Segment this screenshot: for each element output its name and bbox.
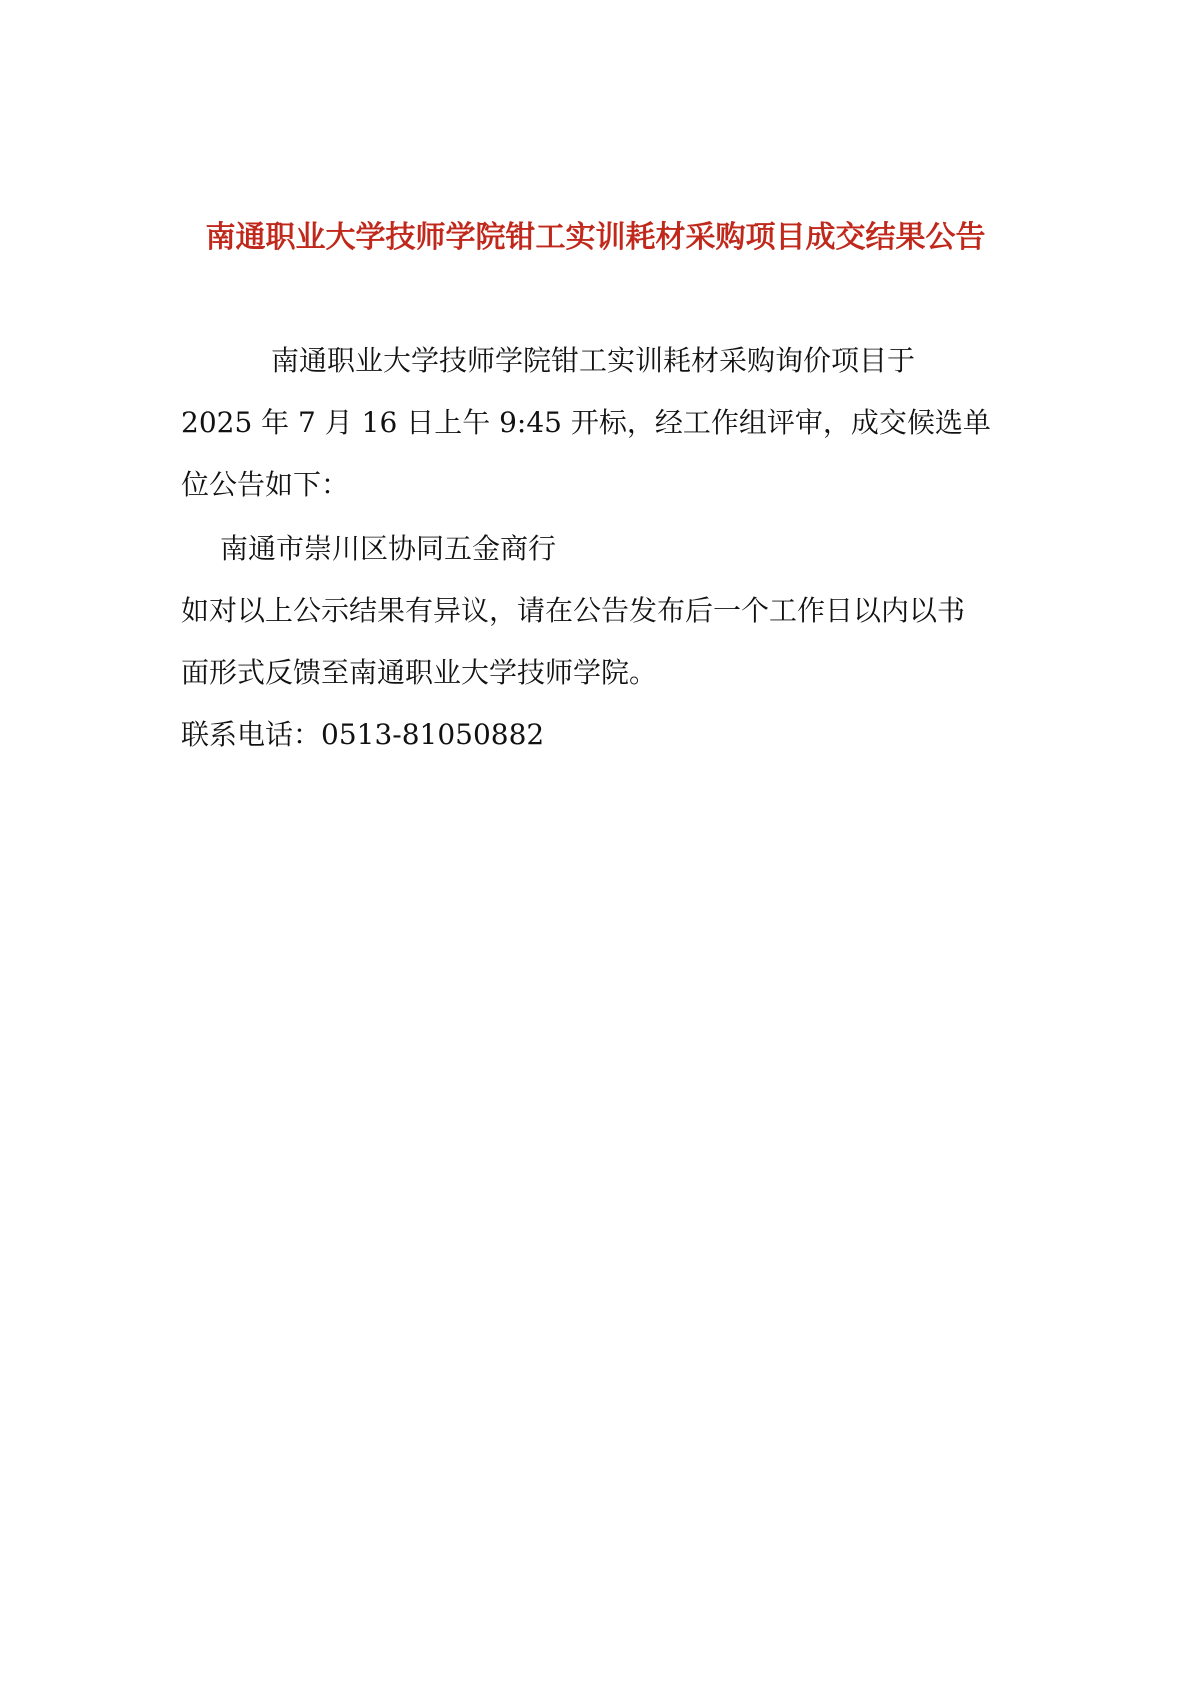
paragraph-line-1: 南通职业大学技师学院钳工实训耗材采购询价项目于: [271, 341, 915, 381]
paragraph-line-2: 2025 年 7 月 16 日上午 9:45 开标，经工作组评审，成交候选单: [181, 403, 991, 443]
contact-phone: 联系电话：0513-81050882: [181, 715, 544, 755]
objection-line-2: 面形式反馈至南通职业大学技师学院。: [181, 653, 657, 693]
winning-bidder: 南通市崇川区协同五金商行: [220, 529, 556, 569]
document-page: 南通职业大学技师学院钳工实训耗材采购项目成交结果公告 南通职业大学技师学院钳工实…: [0, 0, 1191, 1684]
paragraph-line-3: 位公告如下：: [181, 465, 349, 505]
objection-line-1: 如对以上公示结果有异议，请在公告发布后一个工作日以内以书: [181, 591, 965, 631]
announcement-title: 南通职业大学技师学院钳工实训耗材采购项目成交结果公告: [0, 218, 1191, 258]
